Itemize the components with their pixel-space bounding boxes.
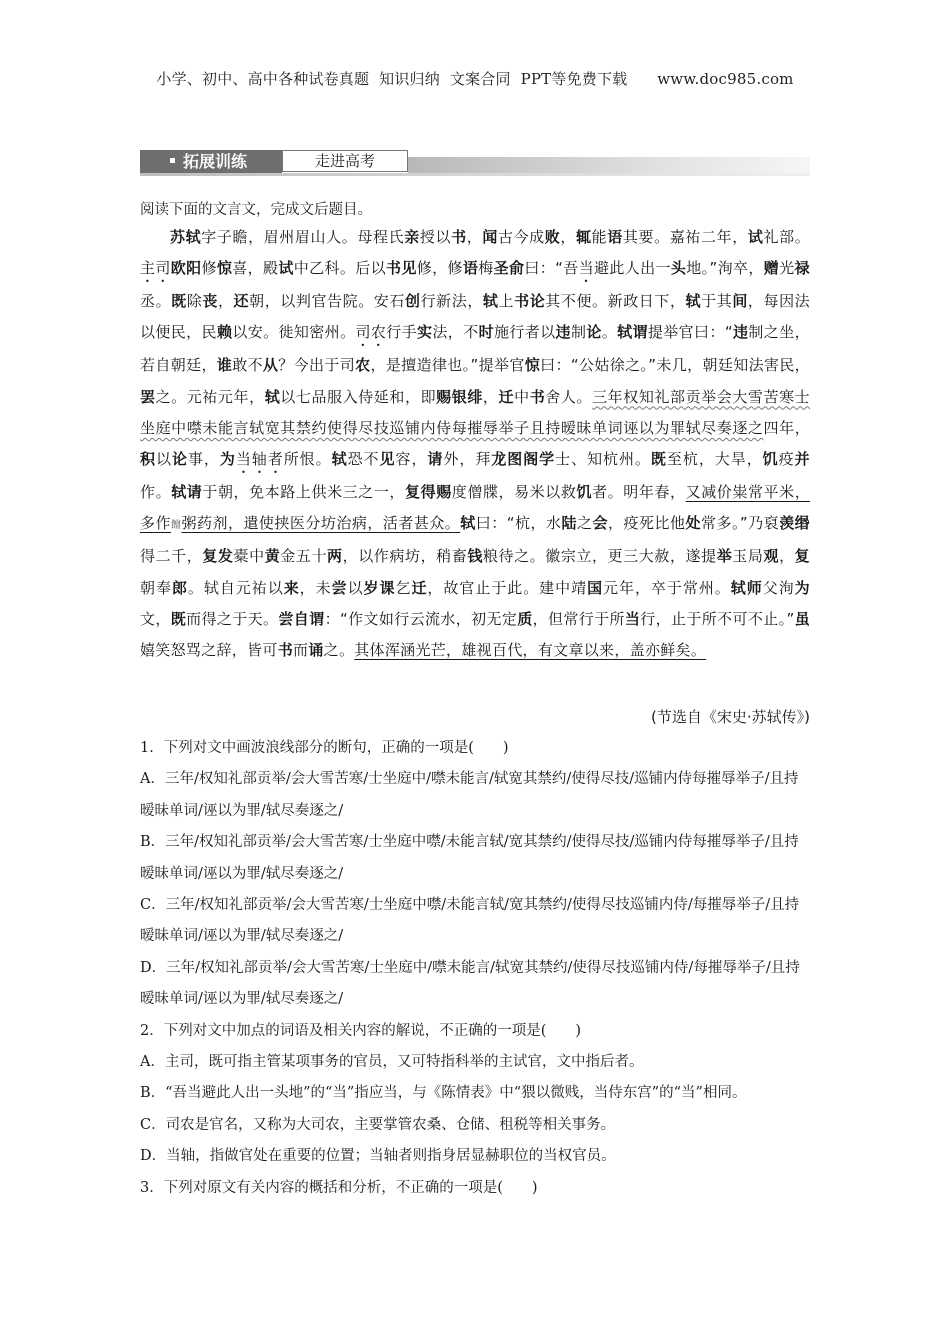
passage-text: 行，止于所不可不止。” [640, 610, 794, 628]
passage-text: 虽 [795, 610, 810, 628]
passage-text: 于朝，免本路上供米三之一， [202, 483, 405, 501]
passage-text: 古今成 [498, 228, 545, 246]
passage-text: 所恨。 [284, 450, 332, 468]
passage-text: 惊 [217, 259, 232, 277]
passage-text: 上 [499, 292, 515, 310]
passage-text: 曰：“公姑徐之。”未几，朝廷知法害民， [540, 356, 810, 374]
passage-text: 法，不 [432, 323, 478, 341]
square-bullet-icon [170, 158, 175, 163]
passage-text: 当 [625, 610, 640, 628]
passage-text: 诵 [308, 641, 323, 659]
passage-text: 乞 [395, 579, 411, 597]
passage-text: 郎 [172, 579, 188, 597]
passage-text: 修，修 [417, 259, 463, 277]
passage-text: 其不便。新政日下， [545, 292, 685, 310]
passage-text: 观 [763, 547, 779, 565]
passage-text: 时 [479, 323, 494, 341]
passage-text: 事， [188, 450, 220, 468]
passage-text: 光 [779, 259, 794, 277]
question-list: 1．下列对文中画波浪线部分的断句，正确的一项是( )A．三年/权知礼部贡举/会大… [140, 733, 810, 1204]
passage-text: 除 [187, 292, 203, 310]
passage-text: 父洵 [763, 579, 795, 597]
passage-text: 书 [451, 228, 467, 246]
passage-text: 于其 [701, 292, 732, 310]
passage-text: 饘 [171, 520, 182, 531]
passage-text: 语 [463, 259, 478, 277]
passage-text: 避此人出一 [594, 259, 671, 277]
passage-text: ，是擅造律也。”提举官 [370, 356, 524, 374]
passage-text: 而得之于天。 [186, 610, 278, 628]
answer-option: A．三年/权知礼部贡举/会大雪苦寒/士坐庭中/噤未能言/轼宽其禁约/使得尽技/巡… [140, 764, 810, 827]
passage-text: 。 [602, 323, 617, 341]
passage-text: 常多。”乃裒 [701, 514, 779, 532]
passage-text: 来 [284, 579, 300, 597]
passage-text: 黄 [265, 547, 281, 565]
passage-text: 既 [171, 292, 187, 310]
passage-text: 谁 [217, 356, 232, 374]
passage-text: 尝 [332, 579, 348, 597]
passage-text: 举 [717, 547, 733, 565]
passage-text: 违 [733, 323, 748, 341]
passage-text: 辄 [576, 228, 592, 246]
passage-text: 元年，卒于常州。 [603, 579, 731, 597]
passage-text: 复 [795, 547, 810, 565]
passage-text: 喜，殿 [232, 259, 278, 277]
passage-text: 以七品服入侍延和，即 [280, 388, 436, 406]
passage-text: 论 [172, 450, 188, 468]
passage-text: 迁 [499, 388, 515, 406]
passage-text: 复发 [202, 547, 233, 565]
passage-text: 丞。 [140, 292, 171, 310]
annotated-term: 司农 [355, 323, 386, 341]
passage-text: 曰：“吾 [524, 259, 578, 277]
underlined-sentence: 粥药剂，遣使挟医分坊治病，活者甚众。 [181, 514, 460, 532]
passage-text: 作。 [140, 483, 171, 501]
passage-text: 试 [748, 228, 764, 246]
passage-text: 而 [293, 641, 308, 659]
passage-text: 头 [671, 259, 686, 277]
passage-text: 中 [514, 388, 530, 406]
passage-text: 提举官曰：“ [648, 323, 733, 341]
passage-text: 尝自谓 [278, 610, 324, 628]
passage-text: 间 [732, 292, 748, 310]
passage-text: 朝，以判官告院。安石 [249, 292, 405, 310]
passage-text: 积 [140, 450, 156, 468]
passage-text: ， [560, 228, 576, 246]
passage-text: 地。”洵卒， [686, 259, 764, 277]
passage-text: 玉局 [732, 547, 763, 565]
passage-text: 。轼自元祐以 [188, 579, 284, 597]
passage-text: 赖 [217, 323, 232, 341]
answer-option: B．“吾当避此人出一头地”的“当”指应当，与《陈情表》中“猥以微贱，当侍东宫”的… [140, 1078, 810, 1109]
passage-text: 轼师 [731, 579, 763, 597]
passage-text: 四年， [764, 419, 810, 437]
passage-text: 至杭，大旱， [667, 450, 763, 468]
passage-text: 橐中 [234, 547, 265, 565]
passage-text: 赐银绯 [436, 388, 483, 406]
passage-text: 惊 [525, 356, 540, 374]
instruction-text: 阅读下面的文言文，完成文后题目。 [140, 198, 810, 219]
passage-text: 轼 [265, 388, 281, 406]
passage-text: 礼部。 [763, 228, 810, 246]
passage-text: 饥 [763, 450, 779, 468]
passage-text: 敢不 [232, 356, 263, 374]
passage-text: 并 [795, 450, 810, 468]
passage-text: 欧阳 [171, 259, 202, 277]
passage-text: 质 [517, 610, 532, 628]
passage-text: 疫 [779, 450, 795, 468]
passage-text: 舍人。 [545, 388, 592, 406]
passage-text: 书 [530, 388, 546, 406]
annotated-term: 者 [268, 450, 284, 468]
passage-text: 中乙科。后以 [294, 259, 386, 277]
passage-text: 轼 [332, 450, 348, 468]
passage-text: 闻 [482, 228, 498, 246]
passage-text: 朝奉 [140, 579, 172, 597]
site-banner: 小学、初中、高中各种试卷真题 知识归纳 文案合同 PPT等免费下载 www.do… [0, 68, 950, 89]
passage-text: 制 [571, 323, 586, 341]
passage-text: 为 [220, 450, 236, 468]
answer-option: A．主司，既可指主管某项事务的官员，又可特指科举的主试官，文中指后者。 [140, 1047, 810, 1078]
passage-text: 外，拜 [443, 450, 491, 468]
passage-text: 丧 [202, 292, 218, 310]
underlined-sentence: 其体浑涵光芒，雄视百代，有文章以来，盖亦鲜矣。 [354, 641, 706, 659]
passage-text: 书见 [386, 259, 417, 277]
passage-text: 之 [577, 514, 593, 532]
passage-text: 曰：“杭，水 [476, 514, 562, 532]
passage-text: 既 [651, 450, 667, 468]
passage-text: 处 [685, 514, 701, 532]
passage-text: 圣俞 [494, 259, 525, 277]
answer-option: C．司农是官名，又称为大司农，主要掌管农桑、仓储、租税等相关事务。 [140, 1110, 810, 1141]
answer-option: D．当轴，指做官处在重要的位置；当轴者则指身居显赫职位的当权官员。 [140, 1141, 810, 1172]
section-label-light: 走进高考 [282, 150, 408, 172]
question-stem: 3．下列对原文有关内容的概括和分析，不正确的一项是( ) [140, 1173, 810, 1204]
passage-text: 修 [202, 259, 217, 277]
passage-text: ， [218, 292, 234, 310]
passage-text: 行手 [386, 323, 417, 341]
passage-text: 金五十 [280, 547, 327, 565]
passage-text: 之。 [324, 641, 355, 659]
passage-text: 轼 [483, 292, 499, 310]
passage-text: 亲 [404, 228, 420, 246]
section-label-dark: 拓展训练 [140, 150, 282, 173]
passage-text: 钱 [467, 547, 483, 565]
answer-option: D．三年/权知礼部贡举/会大雪苦寒/士坐庭中/噤未能言/轼宽其禁约/使得尽技巡铺… [140, 953, 810, 1016]
annotated-term: 当 [579, 259, 594, 277]
passage-text: 士、知杭州。 [555, 450, 651, 468]
passage-text: 创 [405, 292, 421, 310]
passage-text: 会 [593, 514, 609, 532]
passage-text: 龙图阁学 [491, 450, 555, 468]
passage-text: 复得赐 [405, 483, 452, 501]
passage-text: 农 [355, 356, 370, 374]
passage-text: 嬉笑怒骂之辞，皆可 [140, 641, 278, 659]
passage-text: ， [467, 228, 483, 246]
passage-text: 梅 [478, 259, 493, 277]
header-underline [140, 173, 810, 176]
passage-text: 者。明年春， [592, 483, 686, 501]
passage-text: 之。元祐元年， [156, 388, 265, 406]
passage-text: ，故官止于此。建中靖 [427, 579, 587, 597]
passage-text: 迁 [411, 579, 427, 597]
passage-text: 其要。嘉祐二年， [623, 228, 748, 246]
passage-text: 以 [348, 579, 364, 597]
passage-text: 还 [234, 292, 250, 310]
passage-text: 授以 [420, 228, 451, 246]
passage-text: 见 [380, 450, 396, 468]
passage-text: 陆 [562, 514, 578, 532]
section-title: 拓展训练 [183, 152, 247, 171]
passage-text: 违 [556, 323, 571, 341]
source-citation: (节选自《宋史·苏轼传》) [140, 706, 810, 727]
passage-text: 得二千， [140, 547, 202, 565]
passage-text: ， [483, 388, 499, 406]
passage-text: 两 [327, 547, 343, 565]
passage-text: 罢 [140, 388, 156, 406]
passage-text: 以 [156, 450, 172, 468]
passage-text: 赠 [764, 259, 779, 277]
question-stem: 2．下列对文中加点的词语及相关内容的解说，不正确的一项是( ) [140, 1016, 810, 1047]
passage-text: 败 [545, 228, 561, 246]
passage-text: 恐不 [348, 450, 380, 468]
answer-option: C．三年/权知礼部贡举/会大雪苦寒/士坐庭中噤/未能言轼/宽其禁约/使得尽技巡铺… [140, 890, 810, 953]
annotated-term: 当轴 [236, 450, 268, 468]
passage-text: 为 [795, 579, 810, 597]
passage-text: 实 [417, 323, 432, 341]
answer-option: B．三年/权知礼部贡举/会大雪苦寒/士坐庭中噤/未能言轼/宽其禁约/使得尽技/巡… [140, 827, 810, 890]
question-stem: 1．下列对文中画波浪线部分的断句，正确的一项是( ) [140, 733, 810, 764]
passage-text: 施行者以 [494, 323, 556, 341]
passage-text: 容， [395, 450, 427, 468]
passage-text: 国 [587, 579, 603, 597]
passage-text: 文， [140, 610, 171, 628]
passage-text: 字子瞻，眉州眉山人。母程氏 [201, 228, 404, 246]
passage-text: ，未 [300, 579, 332, 597]
passage-text: 禄 [795, 259, 810, 277]
passage-text: 书论 [514, 292, 545, 310]
passage-text: 从 [263, 356, 278, 374]
passage-text: ？今出于司 [278, 356, 355, 374]
passage-text: 语 [607, 228, 623, 246]
section-header-bar: 拓展训练 走进高考 [140, 150, 810, 176]
passage-text: 苏轼 [170, 228, 201, 246]
passage-text: 既 [171, 610, 186, 628]
passage-text: 度僧牒，易米以救 [452, 483, 577, 501]
passage-text: 能 [592, 228, 608, 246]
passage-text: 请 [427, 450, 443, 468]
passage-text: 轼 [686, 292, 702, 310]
passage-text: 试 [278, 259, 293, 277]
passage-text: ， [779, 547, 795, 565]
passage-text: 行新法， [421, 292, 483, 310]
passage-text: ，以作病坊，稍畜 [343, 547, 468, 565]
passage-text: ，但常行于所 [533, 610, 625, 628]
passage-text: 轼 [460, 514, 476, 532]
classical-passage: 苏轼字子瞻，眉州眉山人。母程氏亲授以书，闻古今成败，辄能语其要。嘉祐二年，试礼部… [140, 222, 810, 666]
passage-text: 轼请 [171, 483, 202, 501]
passage-text: 饥 [576, 483, 592, 501]
passage-text: 羡缗 [779, 514, 810, 532]
passage-text: 轼谓 [617, 323, 648, 341]
passage-text: 以安。徙知密州。 [232, 323, 355, 341]
passage-text: ：“作文如行云流水，初无定 [325, 610, 518, 628]
passage-text: 书 [278, 641, 293, 659]
passage-text: 岁课 [364, 579, 396, 597]
annotated-term: 主司 [140, 259, 171, 277]
passage-text: ，疫死比他 [608, 514, 685, 532]
passage-text: 论 [586, 323, 601, 341]
passage-text: 粮待之。徽宗立，更三大赦，遂提 [483, 547, 717, 565]
